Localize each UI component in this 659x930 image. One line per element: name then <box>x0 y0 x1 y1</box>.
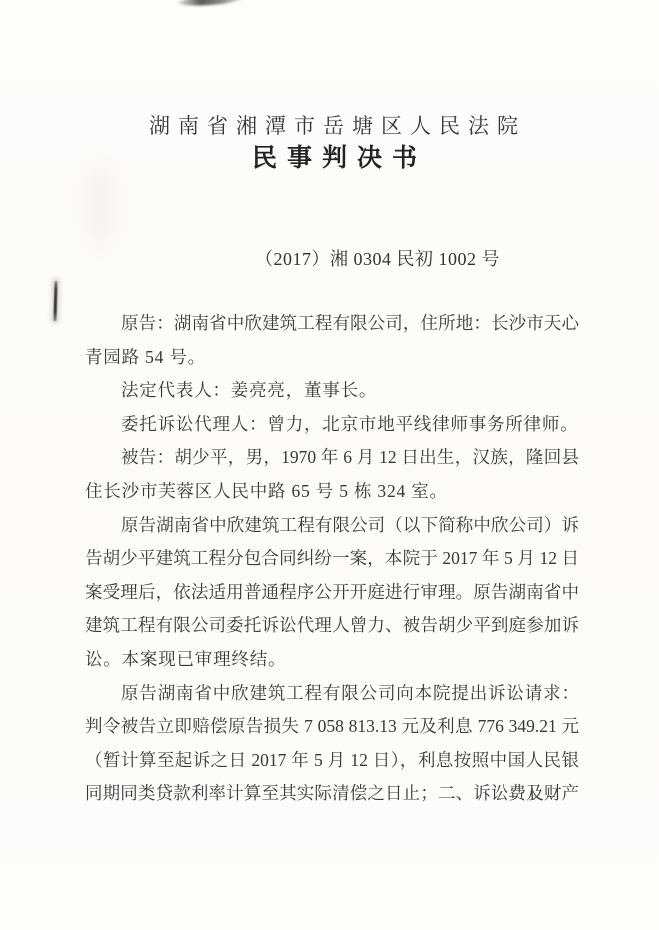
body-line: 被告：胡少平，男，1970 年 6 月 12 日出生，汉族，隆回县人， <box>85 441 579 475</box>
body-line: 原告：湖南省中欣建筑工程有限公司，住所地：长沙市天心区 <box>85 307 579 341</box>
body-line: 案受理后，依法适用普通程序公开开庭进行审理。原告湖南省中欣 <box>85 576 579 610</box>
case-number: （2017）湘 0304 民初 1002 号 <box>0 245 500 271</box>
court-name: 湖南省湘潭市岳塘区人民法院 <box>0 113 659 140</box>
body-line: 同期同类贷款利率计算至其实际清偿之日止；二、诉讼费及财产保 <box>85 777 579 811</box>
body-line: 原告湖南省中欣建筑工程有限公司（以下简称中欣公司）诉被 <box>85 509 579 543</box>
body-line: 青园路 54 号。 <box>85 341 579 375</box>
judgment-page: 湖南省湘潭市岳塘区人民法院 民事判决书 （2017）湘 0304 民初 1002… <box>0 0 659 930</box>
staple-mark-artifact <box>53 281 57 321</box>
scan-smudge-artifact <box>178 0 242 7</box>
document-title: 民事判决书 <box>0 143 659 175</box>
body-line: 原告湖南省中欣建筑工程有限公司向本院提出诉讼请求：一、 <box>85 677 579 711</box>
body-line: 判令被告立即赔偿原告损失 7 058 813.13 元及利息 776 349.2… <box>85 710 579 744</box>
body-line: 委托诉讼代理人：曾力，北京市地平线律师事务所律师。 <box>85 408 579 442</box>
body-line: 告胡少平建筑工程分包合同纠纷一案，本院于 2017 年 5 月 12 日立 <box>85 542 579 576</box>
body-line: 法定代表人：姜亮亮，董事长。 <box>85 374 579 408</box>
body-line: 住长沙市芙蓉区人民中路 65 号 5 栋 324 室。 <box>85 475 579 509</box>
body-line: 建筑工程有限公司委托诉讼代理人曾力、被告胡少平到庭参加诉 <box>85 609 579 643</box>
body-line: （暂计算至起诉之日 2017 年 5 月 12 日），利息按照中国人民银行 <box>85 744 579 778</box>
page-number: – 1 – <box>509 788 559 805</box>
body-line: 讼。本案现已审理终结。 <box>85 643 579 677</box>
judgment-body: 原告：湖南省中欣建筑工程有限公司，住所地：长沙市天心区 青园路 54 号。 法定… <box>85 307 579 811</box>
